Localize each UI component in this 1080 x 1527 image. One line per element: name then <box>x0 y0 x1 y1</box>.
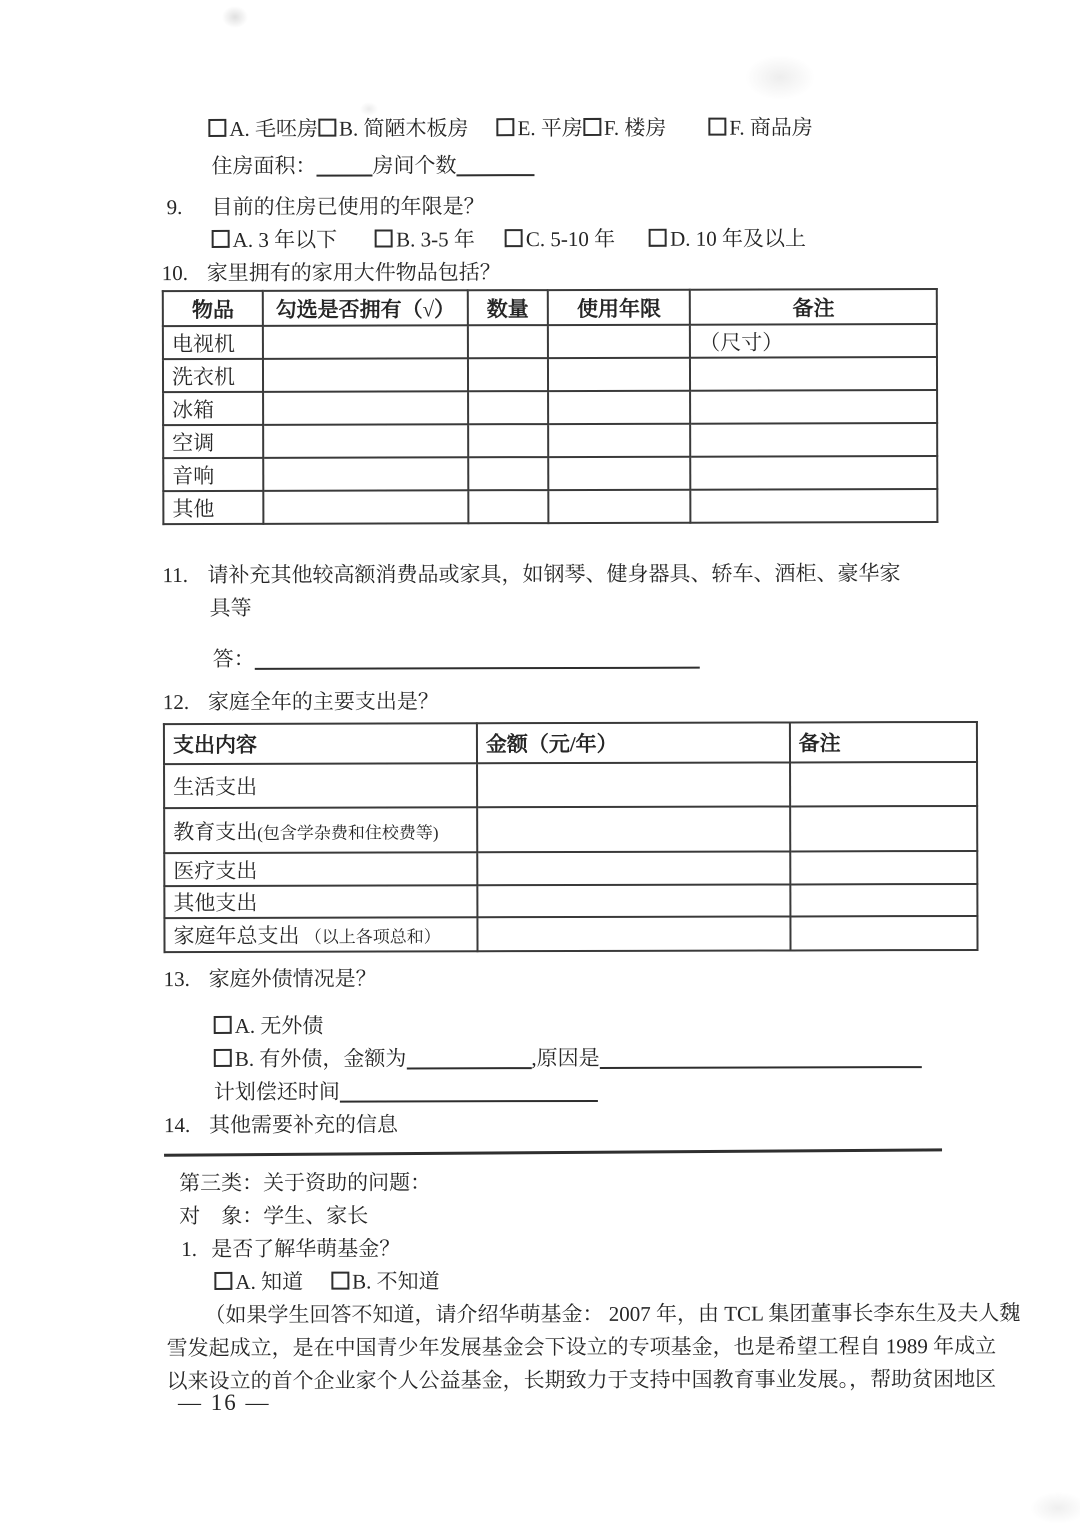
section-divider <box>164 1148 942 1156</box>
question-number: 10. <box>162 257 207 290</box>
table-row: 医疗支出 <box>164 851 977 886</box>
amount-cell <box>477 762 790 807</box>
target-text: 对 象：学生、家长 <box>179 1204 368 1228</box>
option-label: B. 3-5 年 <box>396 227 475 251</box>
expense-label: 家庭年总支出 <box>173 924 299 948</box>
repayment-line: 计划偿还时间 <box>214 1074 994 1109</box>
option-label: B. 不知道 <box>352 1269 440 1293</box>
note-cell <box>690 423 937 457</box>
table-row: 洗衣机 <box>163 357 937 392</box>
checkbox-icon <box>708 118 726 136</box>
checkbox-icon <box>214 1049 232 1067</box>
note-cell <box>691 456 938 490</box>
note-cell <box>790 916 977 950</box>
page-number: — 16 — <box>178 1390 271 1416</box>
section-3-target: 对 象：学生、家长 <box>179 1198 994 1233</box>
column-header: 物品 <box>163 291 263 326</box>
expense-label: 教育支出 <box>173 819 257 843</box>
fill-blank <box>456 154 534 176</box>
question-13: 13.家庭外债情况是？ <box>164 961 994 996</box>
option-label: C. 5-10 年 <box>526 227 615 251</box>
years-cell <box>548 457 690 490</box>
checkbox-icon <box>331 1272 349 1290</box>
household-items-table: 物品 勾选是否拥有（√） 数量 使用年限 备注 电视机 （尺寸） 洗衣机 <box>162 288 939 525</box>
years-cell <box>548 424 690 457</box>
quantity-cell <box>468 424 548 457</box>
question-text: 其他需要补充的信息 <box>209 1112 398 1136</box>
reason-label: ,原因是 <box>531 1046 599 1070</box>
option-label: A. 毛呸房 <box>229 117 318 141</box>
amount-cell <box>477 916 790 951</box>
quantity-cell <box>468 325 548 358</box>
section-title-text: 第三类：关于资助的问题： <box>179 1170 431 1195</box>
years-cell <box>548 391 690 424</box>
owned-cell <box>263 424 468 458</box>
table-row: 其他 <box>163 489 937 524</box>
checkbox-option: B. 3-5 年 <box>375 223 475 256</box>
option-label: A. 知道 <box>235 1270 303 1294</box>
column-header: 金额（元/年） <box>477 722 790 763</box>
checkbox-icon <box>208 119 226 137</box>
expense-label-cell: 医疗支出 <box>164 852 477 886</box>
question-number: 13. <box>164 963 209 996</box>
quantity-cell <box>468 490 548 523</box>
expense-sublabel: (包含学杂费和住校费等) <box>257 823 438 842</box>
note-cell <box>690 357 937 391</box>
expense-label-cell: 教育支出(包含学杂费和住校费等) <box>164 807 477 853</box>
owned-cell <box>263 457 468 491</box>
fund-intro-paragraph-line: （如果学生回答不知道，请介绍华萌基金： 2007 年，由 TCL 集团董事长李东… <box>204 1297 994 1332</box>
question-number: 14. <box>164 1109 209 1142</box>
column-header: 勾选是否拥有（√） <box>263 290 468 326</box>
item-cell: 其他 <box>163 491 263 524</box>
expense-label-cell: 家庭年总支出 （以上各项总和） <box>164 917 477 952</box>
checkbox-icon <box>649 229 667 247</box>
question-9-options: A. 3 年以下B. 3-5 年C. 5-10 年D. 10 年及以上 <box>212 222 992 257</box>
answer-line: 答： <box>213 641 993 676</box>
section3-question-1-options: A. 知道B. 不知道 <box>214 1264 994 1299</box>
expense-label: 其他支出 <box>173 891 257 915</box>
table-row: 音响 <box>163 456 937 491</box>
option-label: F. 楼房 <box>604 116 667 140</box>
question-text: 请补充其他较高额消费品或家具，如钢琴、健身器具、轿车、酒柜、豪华家 <box>207 561 900 587</box>
table-row: 生活支出 <box>164 762 977 808</box>
expense-sublabel: （以上各项总和） <box>305 927 441 946</box>
checkbox-icon <box>214 1272 232 1290</box>
checkbox-option: B. 简陋木板房 <box>318 112 469 145</box>
checkbox-icon <box>505 229 523 247</box>
checkbox-icon <box>214 1016 232 1034</box>
question-text: 是否了解华萌基金？ <box>211 1236 400 1260</box>
question-text: 家庭外债情况是？ <box>209 967 377 991</box>
question-10: 10.家里拥有的家用大件物品包括？ <box>162 255 992 290</box>
column-header: 备注 <box>790 722 977 762</box>
fill-blank <box>340 1080 598 1103</box>
note-cell: （尺寸） <box>690 324 937 358</box>
item-cell: 空调 <box>163 425 263 458</box>
document-content: A. 毛呸房B. 简陋木板房E. 平房F. 楼房F. 商品房 住房面积：房间个数… <box>161 111 994 1398</box>
note-cell <box>790 806 977 851</box>
expense-label: 生活支出 <box>173 775 257 799</box>
answer-label: 答： <box>213 647 255 671</box>
checkbox-icon <box>497 118 515 136</box>
fill-blank <box>255 647 700 670</box>
section3-question-1: 1.是否了解华萌基金？ <box>181 1231 994 1266</box>
note-cell <box>691 489 938 523</box>
checkbox-option: A. 3 年以下 <box>212 224 338 257</box>
column-header: 使用年限 <box>548 290 690 325</box>
quantity-cell <box>468 358 548 391</box>
housing-area-label: 住房面积： <box>211 154 316 178</box>
question-number: 9. <box>167 191 212 224</box>
question-11: 11.请补充其他较高额消费品或家具，如钢琴、健身器具、轿车、酒柜、豪华家 <box>162 557 992 592</box>
checkbox-icon <box>212 230 230 248</box>
question-text: 具等 <box>210 596 252 620</box>
expense-label-cell: 其他支出 <box>164 885 477 918</box>
table-header-row: 支出内容 金额（元/年） 备注 <box>164 722 977 764</box>
checkbox-option: A. 知道 <box>214 1266 303 1299</box>
table-row: 其他支出 <box>164 884 977 918</box>
fill-blank <box>406 1047 531 1069</box>
quantity-cell <box>468 391 548 424</box>
paragraph-text: 以来设立的首个企业家个人公益基金，长期致力于支持中国教育事业发展。，帮助贫困地区 <box>167 1367 997 1393</box>
rooms-count-label: 房间个数 <box>372 153 456 177</box>
item-cell: 电视机 <box>163 326 263 359</box>
expense-label: 医疗支出 <box>173 858 257 882</box>
option-label: B. 简陋木板房 <box>339 116 469 140</box>
section-3-title: 第三类：关于资助的问题： <box>179 1165 994 1200</box>
checkbox-option: C. 5-10 年 <box>505 223 615 256</box>
checkbox-option: B. 不知道 <box>331 1265 440 1298</box>
scanned-questionnaire-page: A. 毛呸房B. 简陋木板房E. 平房F. 楼房F. 商品房 住房面积：房间个数… <box>0 0 1080 1527</box>
years-cell <box>548 358 690 391</box>
scan-smudge <box>222 6 248 28</box>
scan-smudge <box>745 55 815 100</box>
question-number: 12. <box>163 686 208 719</box>
option-label: A. 无外债 <box>235 1014 324 1038</box>
checkbox-option: F. 商品房 <box>708 111 813 144</box>
paragraph-text: 雪发起成立，是在中国青少年发展基金会下设立的专项基金，也是希望工程自 1989 … <box>167 1334 997 1360</box>
note-cell <box>790 851 977 884</box>
checkbox-option: D. 10 年及以上 <box>649 222 806 255</box>
paragraph-text: （如果学生回答不知道，请介绍华萌基金： 2007 年，由 TCL 集团董事长李东… <box>204 1301 1020 1327</box>
owned-cell <box>263 391 468 425</box>
question-12: 12.家庭全年的主要支出是？ <box>163 684 993 719</box>
expenses-table: 支出内容 金额（元/年） 备注 生活支出 教育支出(包含学杂费和住校费等) 医疗… <box>163 721 979 953</box>
question-13-option-b: B. 有外债，金额为,原因是 <box>214 1041 994 1076</box>
years-cell <box>548 325 690 358</box>
question-13-option-a: A. 无外债 <box>214 1008 994 1043</box>
question-11-line2: 具等 <box>210 590 993 625</box>
amount-cell <box>477 806 790 852</box>
amount-cell <box>477 851 790 885</box>
option-label: B. 有外债，金额为 <box>235 1046 407 1070</box>
checkbox-option: F. 楼房 <box>583 112 667 145</box>
column-header: 支出内容 <box>164 723 477 764</box>
repayment-label: 计划偿还时间 <box>214 1080 340 1104</box>
item-cell: 音响 <box>163 458 263 491</box>
question-14: 14.其他需要补充的信息 <box>164 1107 994 1142</box>
question-number: 1. <box>181 1233 211 1266</box>
checkbox-option: A. 毛呸房 <box>208 113 318 146</box>
column-header: 备注 <box>690 289 937 325</box>
table-header-row: 物品 勾选是否拥有（√） 数量 使用年限 备注 <box>163 289 937 326</box>
fill-blank <box>600 1046 922 1069</box>
note-cell <box>790 884 977 916</box>
column-header: 数量 <box>468 290 548 325</box>
fill-blank <box>316 155 372 177</box>
question-text: 家里拥有的家用大件物品包括？ <box>207 260 501 285</box>
note-cell <box>790 762 977 806</box>
item-cell: 冰箱 <box>163 392 263 425</box>
owned-cell <box>264 490 469 524</box>
checkbox-option: E. 平房 <box>497 112 583 145</box>
table-row: 冰箱 <box>163 390 937 425</box>
table-row: 教育支出(包含学杂费和住校费等) <box>164 806 977 853</box>
checkbox-icon <box>583 118 601 136</box>
table-row: 家庭年总支出 （以上各项总和） <box>164 916 977 952</box>
fund-intro-paragraph-line: 雪发起成立，是在中国青少年发展基金会下设立的专项基金，也是希望工程自 1989 … <box>167 1330 995 1365</box>
checkbox-icon <box>375 229 393 247</box>
scan-smudge <box>1030 1492 1080 1524</box>
note-cell <box>690 390 937 424</box>
amount-cell <box>477 884 790 917</box>
table-row: 电视机 （尺寸） <box>163 324 937 359</box>
owned-cell <box>263 358 468 392</box>
expense-label-cell: 生活支出 <box>164 763 477 808</box>
housing-area-line: 住房面积：房间个数 <box>211 148 991 183</box>
question-number: 11. <box>162 559 207 592</box>
option-label: A. 3 年以下 <box>233 228 337 252</box>
option-label: D. 10 年及以上 <box>670 226 806 250</box>
housing-type-options: A. 毛呸房B. 简陋木板房E. 平房F. 楼房F. 商品房 <box>208 111 991 146</box>
fund-intro-paragraph-line: 以来设立的首个企业家个人公益基金，长期致力于支持中国教育事业发展。，帮助贫困地区 <box>167 1363 995 1398</box>
years-cell <box>548 490 690 523</box>
question-text: 目前的住房已使用的年限是？ <box>212 194 485 219</box>
table-row: 空调 <box>163 423 937 458</box>
owned-cell <box>263 325 468 359</box>
option-label: E. 平房 <box>518 116 583 140</box>
option-label: F. 商品房 <box>729 115 813 139</box>
question-9: 9.目前的住房已使用的年限是？ <box>162 189 992 224</box>
quantity-cell <box>468 457 548 490</box>
checkbox-icon <box>318 119 336 137</box>
question-text: 家庭全年的主要支出是？ <box>208 689 439 714</box>
item-cell: 洗衣机 <box>163 359 263 392</box>
